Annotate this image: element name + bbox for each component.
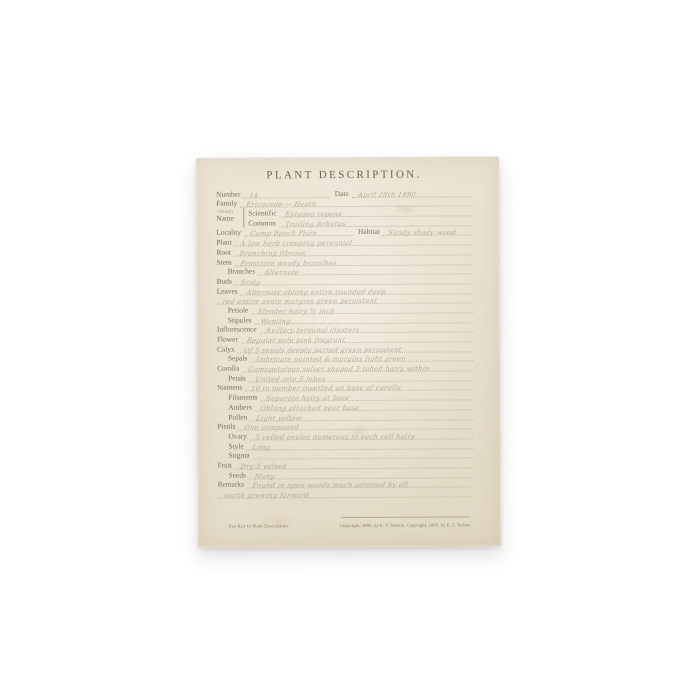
field-label-family: Family(Natural) (216, 200, 240, 208)
field-label-style: Style (217, 442, 246, 450)
footer-note: See Key to Plant Description. (229, 523, 289, 528)
field-label-fruit: Fruit (218, 462, 235, 470)
plant-description-form: PLANT DESCRIPTION. Number14DateApril 28t… (196, 156, 501, 548)
field-sublabel-family: (Natural) (217, 207, 232, 215)
field-label-petals: Petals (217, 374, 249, 382)
handwritten-value-remarks-cont: worth growing forward (223, 491, 310, 499)
field-label-pistils: Pistils (217, 423, 238, 431)
form-title: PLANT DESCRIPTION. (216, 168, 472, 181)
form-content: PLANT DESCRIPTION. Number14DateApril 28t… (216, 168, 474, 498)
field-label-scientific: Scientific (248, 209, 279, 217)
document-photo: PLANT DESCRIPTION. Number14DateApril 28t… (0, 0, 700, 700)
dotted-line-remarks-cont: worth growing forward (218, 487, 474, 499)
form-row-common: CommonTrailing Arbutus (248, 216, 472, 227)
footer-copyright: Copyright, 1886, by E. T. Nelson. Copyri… (336, 522, 476, 528)
dotted-line-common: Trailing Arbutus (279, 215, 473, 227)
field-label-seeds: Seeds (218, 471, 249, 479)
field-label-stem: Stem (217, 258, 235, 266)
field-label-buds: Buds (217, 277, 235, 285)
form-row-name-group: NameScientificEpigaea repensCommonTraili… (216, 207, 472, 228)
footer-rule (341, 516, 471, 518)
field-label-stamens: Stamens (217, 384, 245, 392)
field-label-root: Root (216, 248, 233, 256)
name-group-brace (243, 208, 244, 227)
field-label-petiole: Petiole (217, 306, 252, 314)
field-label-corolla: Corolla (217, 365, 242, 373)
form-rows: Number14DateApril 28th 1890Family(Natura… (216, 187, 474, 498)
field-label-ovary: Ovary (217, 432, 250, 440)
field-label-common: Common (248, 219, 279, 227)
field-label-stipules: Stipules (217, 316, 255, 324)
field-label-plant: Plant (216, 239, 234, 247)
handwritten-value-common: Trailing Arbutus (284, 220, 346, 228)
field-label-anthers: Anthers (217, 403, 254, 411)
form-row-remarks-continued: worth growing forward (218, 488, 474, 499)
field-label-calyx: Calyx (217, 345, 238, 353)
name-group-rows: ScientificEpigaea repensCommonTrailing A… (248, 207, 472, 228)
